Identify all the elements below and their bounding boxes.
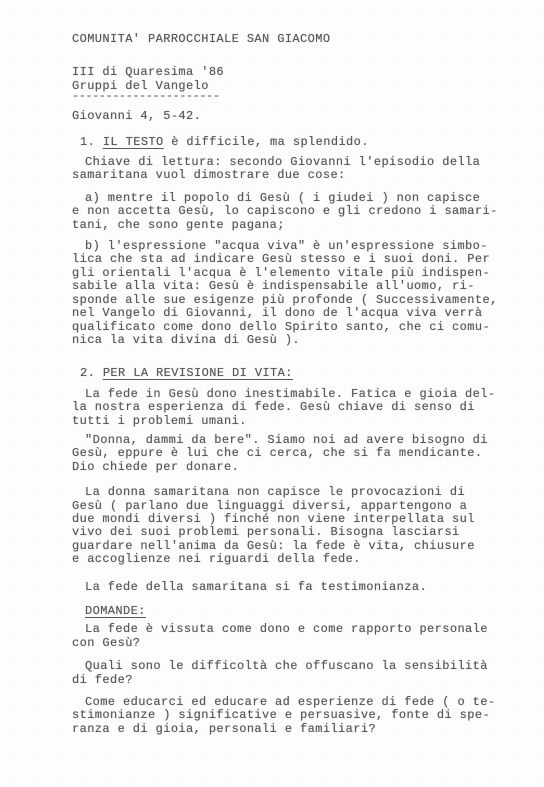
question-1: La fede è vissuta come dono e come rappo… — [72, 623, 524, 650]
section-1-title-rest: è difficile, ma splendido. — [164, 135, 369, 149]
questions-title: DOMANDE: — [85, 604, 146, 618]
document-title: COMUNITA' PARROCCHIALE SAN GIACOMO — [72, 33, 524, 46]
document-content: COMUNITA' PARROCCHIALE SAN GIACOMO III d… — [72, 33, 524, 744]
scripture-reference: Giovanni 4, 5-42. — [72, 110, 524, 123]
section-1-title: IL TESTO — [103, 135, 164, 149]
header-occasion: III di Quaresima '86 — [72, 66, 524, 79]
paragraph-point-a: a) mentre il popolo di Gesù ( i giudei )… — [72, 192, 524, 232]
section-2-number: 2. — [80, 366, 103, 380]
questions-heading: DOMANDE: — [85, 605, 524, 618]
section-1-number: 1. — [80, 135, 103, 149]
section-1-heading: 1. IL TESTO è difficile, ma splendido. — [80, 136, 524, 149]
paragraph-reading-key: Chiave di lettura: secondo Giovanni l'ep… — [72, 156, 524, 183]
paragraph-point-b: b) l'espressione "acqua viva" è un'espre… — [72, 240, 524, 347]
scanned-document-page: COMUNITA' PARROCCHIALE SAN GIACOMO III d… — [0, 0, 544, 787]
section-2-heading: 2. PER LA REVISIONE DI VITA: — [80, 367, 524, 380]
paragraph-samaritan-woman: La donna samaritana non capisce le provo… — [72, 486, 524, 566]
paragraph-testimony: La fede della samaritana si fa testimoni… — [72, 581, 524, 594]
paragraph-give-me-drink: "Donna, dammi da bere". Siamo noi ad ave… — [72, 434, 524, 474]
question-2: Quali sono le difficoltà che offuscano l… — [72, 660, 524, 687]
paragraph-faith-gift: La fede in Gesù dono inestimabile. Fatic… — [72, 388, 524, 428]
question-3: Come educarci ed educare ad esperienze d… — [72, 696, 524, 736]
header-divider-rule: ---------------------- — [72, 91, 524, 101]
section-2-title: PER LA REVISIONE DI VITA: — [103, 366, 293, 380]
